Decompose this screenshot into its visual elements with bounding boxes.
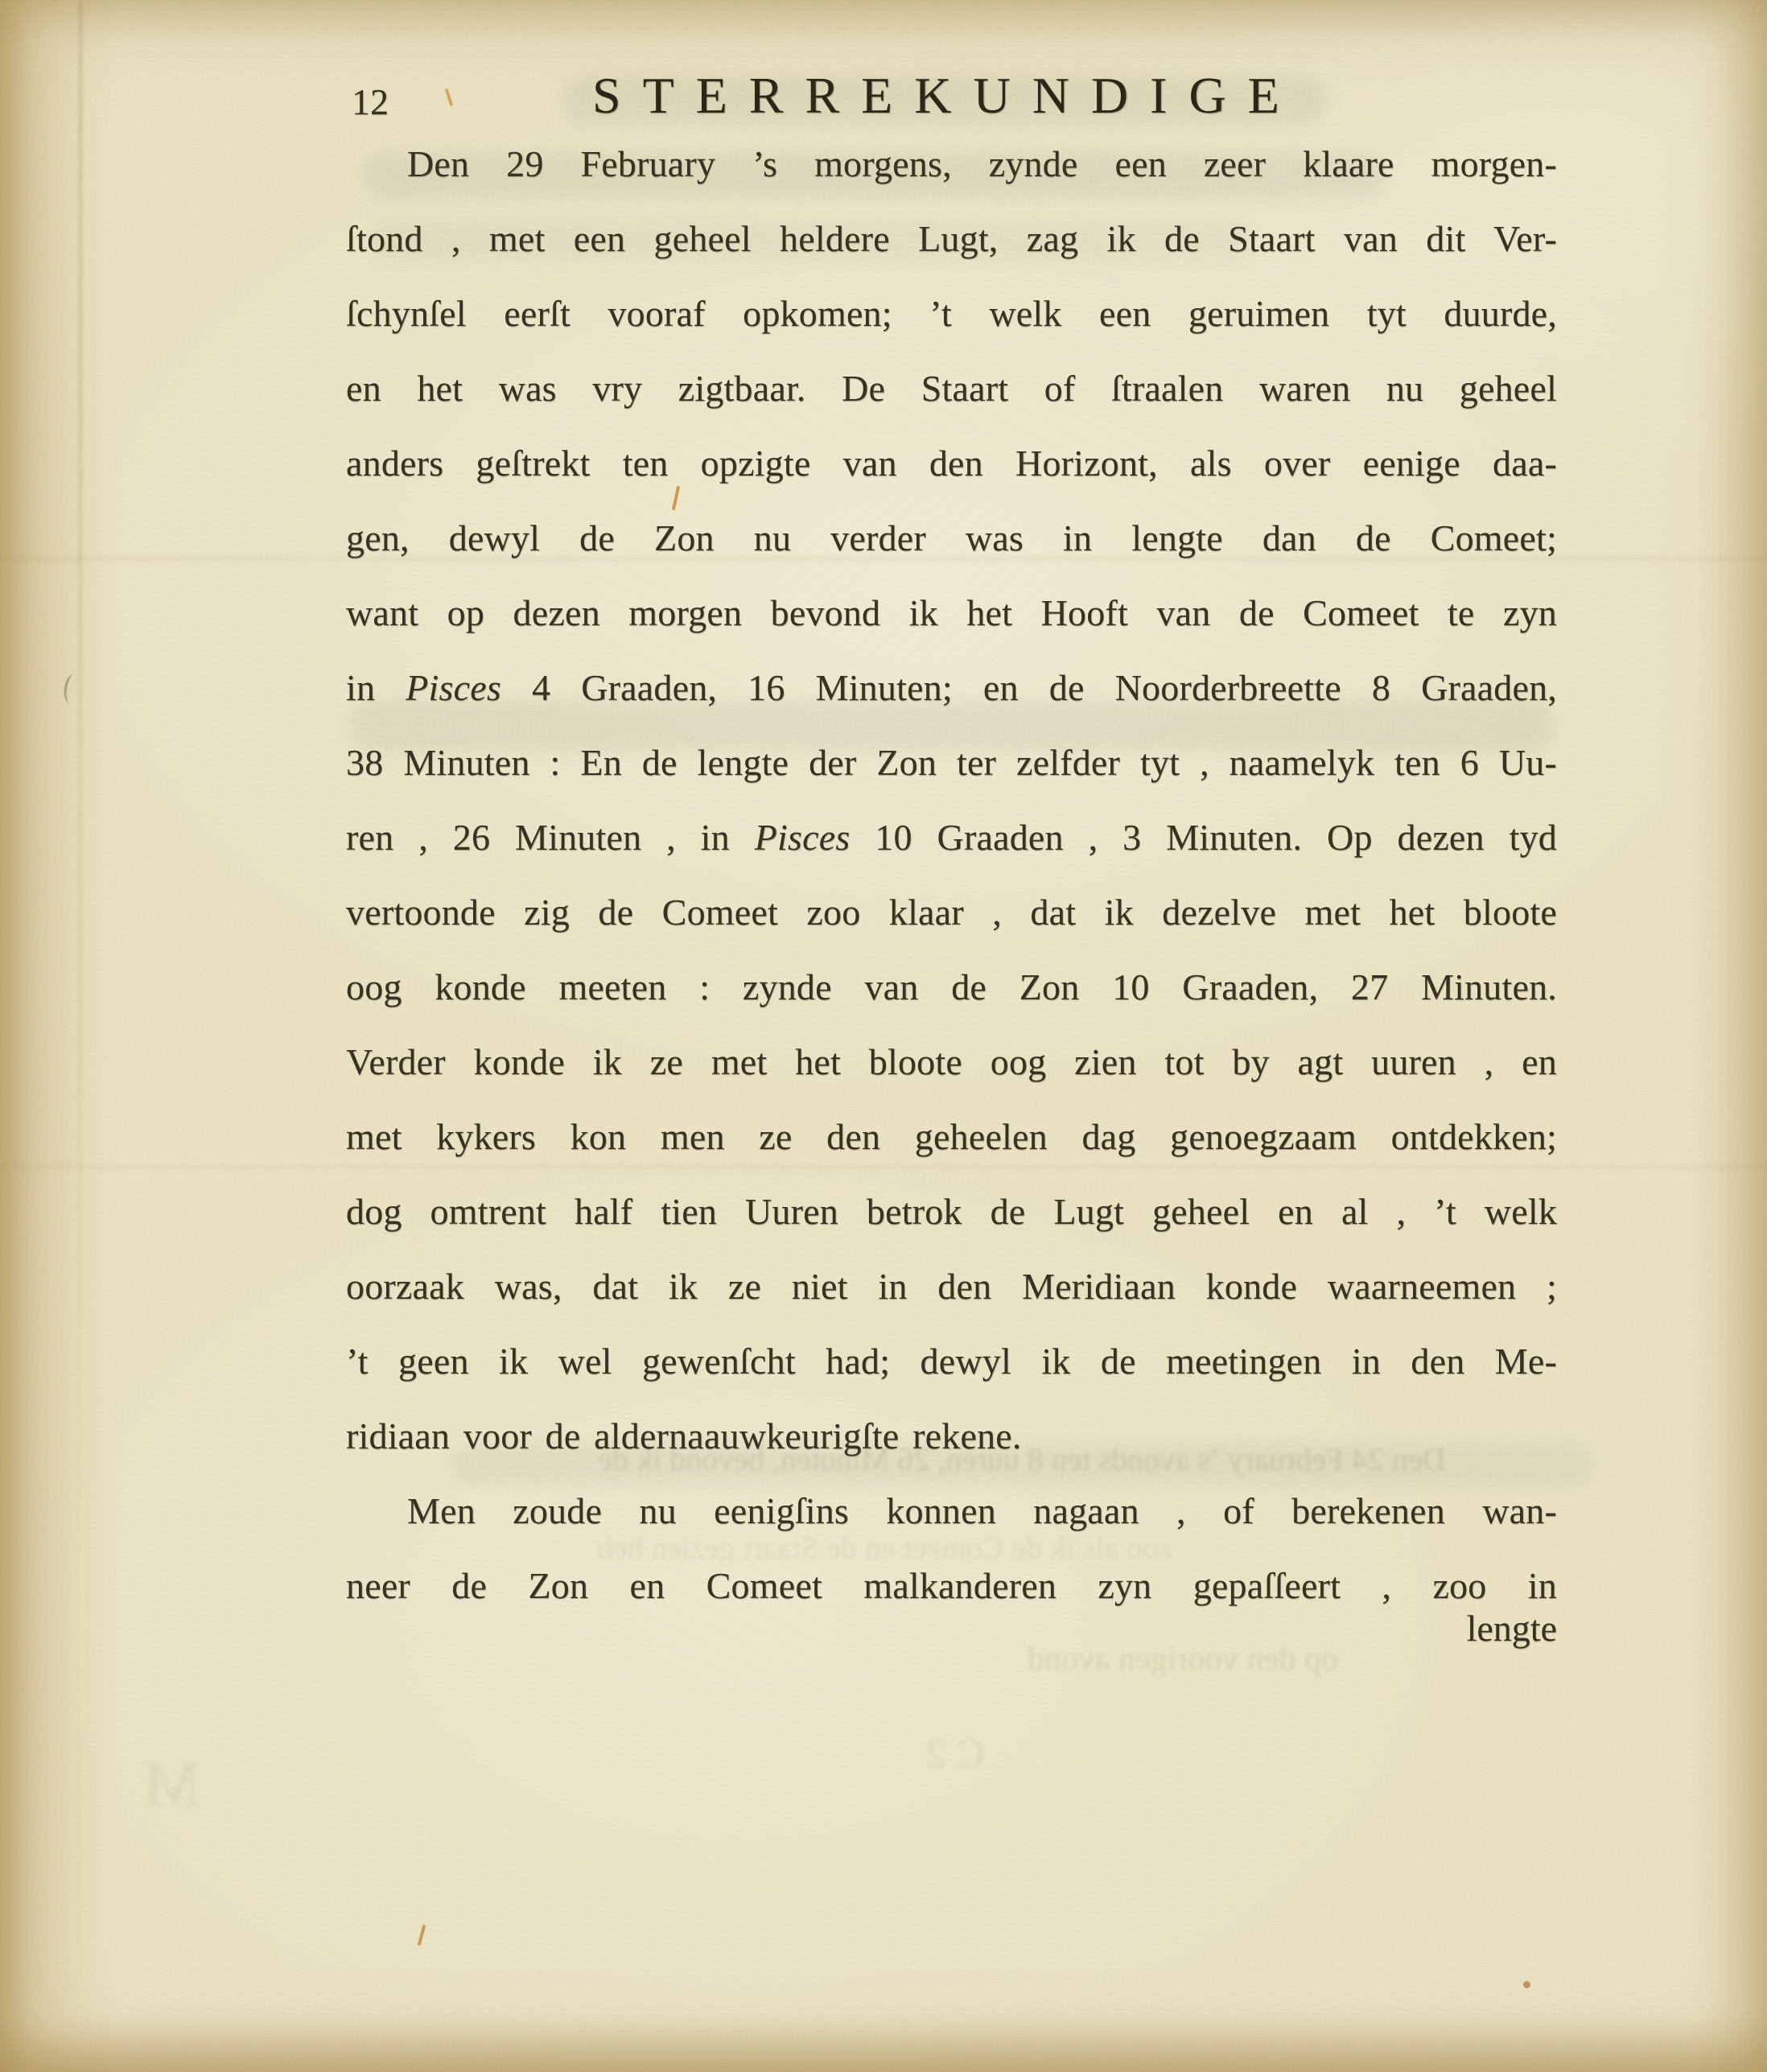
text-segment-italic: Pisces — [406, 667, 501, 708]
text-segment: Den 29 February ’s morgens, zynde een ze… — [407, 143, 1557, 184]
text-line: oorzaak was, dat ik ze niet in den Merid… — [346, 1249, 1557, 1324]
text-segment: 10 Graaden , 3 Minuten. Op dezen tyd — [850, 817, 1557, 858]
book-page: Den 24 February ’s avonds ten 8 uuren, 2… — [0, 0, 1767, 2072]
text-segment: ſchynſel eerſt vooraf opkomen; ’t welk e… — [346, 293, 1557, 334]
text-line: want op dezen morgen bevond ik het Hooft… — [346, 575, 1557, 650]
text-line: Men zoude nu eenigſins konnen nagaan , o… — [346, 1473, 1557, 1548]
text-segment: in — [346, 667, 406, 708]
text-line: vertoonde zig de Comeet zoo klaar , dat … — [346, 875, 1557, 949]
paper-speck — [418, 1925, 426, 1946]
text-segment: oorzaak was, dat ik ze niet in den Merid… — [346, 1266, 1557, 1307]
text-line: en het was vry zigtbaar. De Staart of ſt… — [346, 351, 1557, 426]
text-line: 38 Minuten : En de lengte der Zon ter ze… — [346, 725, 1557, 800]
text-segment: anders geſtrekt ten opzigte van den Hori… — [346, 443, 1557, 484]
paper-crease-vertical — [79, 0, 82, 1328]
text-line: ren , 26 Minuten , in Pisces 10 Graaden … — [346, 800, 1557, 875]
bleedthrough-initial: M — [143, 1746, 202, 1822]
paper-speck — [1523, 1981, 1530, 1988]
text-segment: ridiaan voor de aldernaauwkeurigſte reke… — [346, 1415, 1022, 1456]
text-segment: 4 Graaden, 16 Minuten; en de Noorderbree… — [501, 667, 1557, 708]
text-segment: en het was vry zigtbaar. De Staart of ſt… — [346, 368, 1557, 409]
text-line: dog omtrent half tien Uuren betrok de Lu… — [346, 1174, 1557, 1249]
text-segment: want op dezen morgen bevond ik het Hooft… — [346, 592, 1557, 633]
text-line: Verder konde ik ze met het bloote oog zi… — [346, 1024, 1557, 1099]
text-line: ridiaan voor de aldernaauwkeurigſte reke… — [346, 1398, 1557, 1473]
text-line: anders geſtrekt ten opzigte van den Hori… — [346, 426, 1557, 500]
text-segment: gen, dewyl de Zon nu verder was in lengt… — [346, 517, 1557, 558]
text-segment: ren , 26 Minuten , in — [346, 817, 755, 858]
page-number: 12 — [352, 80, 389, 123]
text-segment: met kykers kon men ze den geheelen dag g… — [346, 1116, 1557, 1157]
text-line: Den 29 February ’s morgens, zynde een ze… — [346, 126, 1557, 201]
running-title: STERREKUNDIGE — [592, 66, 1301, 126]
body-text: Den 29 February ’s morgens, zynde een ze… — [346, 126, 1557, 1623]
text-segment: oog konde meeten : zynde van de Zon 10 G… — [346, 966, 1557, 1007]
catchword: lengte — [346, 1603, 1557, 1654]
text-segment: ’t geen ik wel gewenſcht had; dewyl ik d… — [346, 1341, 1557, 1382]
text-segment: 38 Minuten : En de lengte der Zon ter ze… — [346, 742, 1557, 783]
text-line: gen, dewyl de Zon nu verder was in lengt… — [346, 500, 1557, 575]
paper-speck — [445, 89, 454, 106]
bleedthrough-signature: C 2 — [925, 1730, 985, 1777]
text-line: oog konde meeten : zynde van de Zon 10 G… — [346, 949, 1557, 1024]
text-line: in Pisces 4 Graaden, 16 Minuten; en de N… — [346, 650, 1557, 725]
text-line: met kykers kon men ze den geheelen dag g… — [346, 1099, 1557, 1174]
text-line: ’t geen ik wel gewenſcht had; dewyl ik d… — [346, 1324, 1557, 1398]
text-line: ſtond , met een geheel heldere Lugt, zag… — [346, 201, 1557, 276]
text-line: ſchynſel eerſt vooraf opkomen; ’t welk e… — [346, 276, 1557, 351]
text-segment: ſtond , met een geheel heldere Lugt, zag… — [346, 218, 1557, 259]
text-segment: vertoonde zig de Comeet zoo klaar , dat … — [346, 892, 1557, 933]
text-segment: Men zoude nu eenigſins konnen nagaan , o… — [407, 1490, 1557, 1531]
text-segment-italic: Pisces — [755, 817, 851, 858]
text-segment: dog omtrent half tien Uuren betrok de Lu… — [346, 1191, 1557, 1232]
text-segment: Verder konde ik ze met het bloote oog zi… — [346, 1041, 1557, 1082]
text-segment: neer de Zon en Comeet malkanderen zyn ge… — [346, 1565, 1557, 1606]
